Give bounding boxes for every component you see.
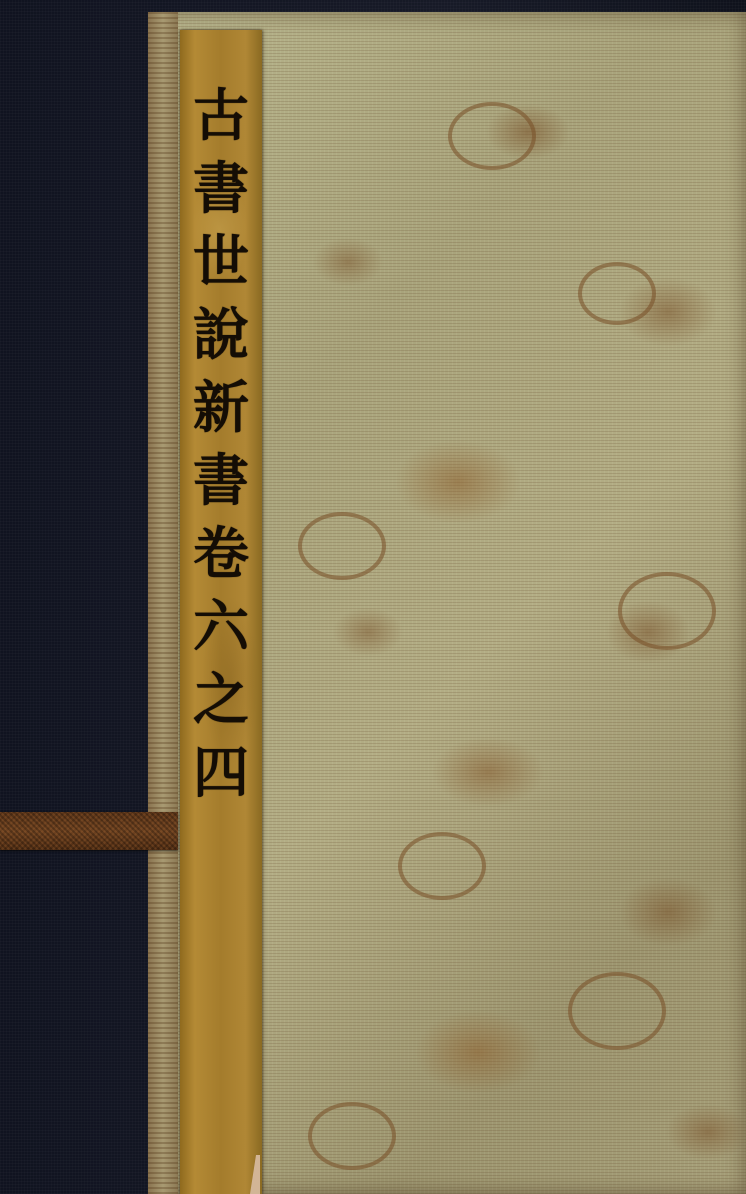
title-char: 書 [193,153,249,226]
book-title: 古 書 世 說 新 書 卷 六 之 四 [180,80,262,810]
title-char: 說 [193,299,249,372]
title-char: 之 [193,664,249,737]
title-char: 世 [193,226,249,299]
brocade-scroll-motif [578,262,656,325]
title-char: 卷 [193,518,249,591]
title-char: 書 [193,445,249,518]
binding-tie-cord [0,812,178,850]
title-char: 古 [193,80,249,153]
title-char: 六 [193,591,249,664]
brocade-scroll-motif [618,572,716,650]
brocade-scroll-motif [568,972,666,1050]
brocade-scroll-motif [448,102,536,170]
title-char: 四 [193,737,249,810]
title-slip: 古 書 世 說 新 書 卷 六 之 四 [180,30,262,1194]
brocade-scroll-motif [298,512,386,580]
title-char: 新 [193,372,249,445]
brocade-scroll-motif [398,832,486,900]
brocade-scroll-motif [308,1102,396,1170]
cover-left-edge [148,12,178,1194]
